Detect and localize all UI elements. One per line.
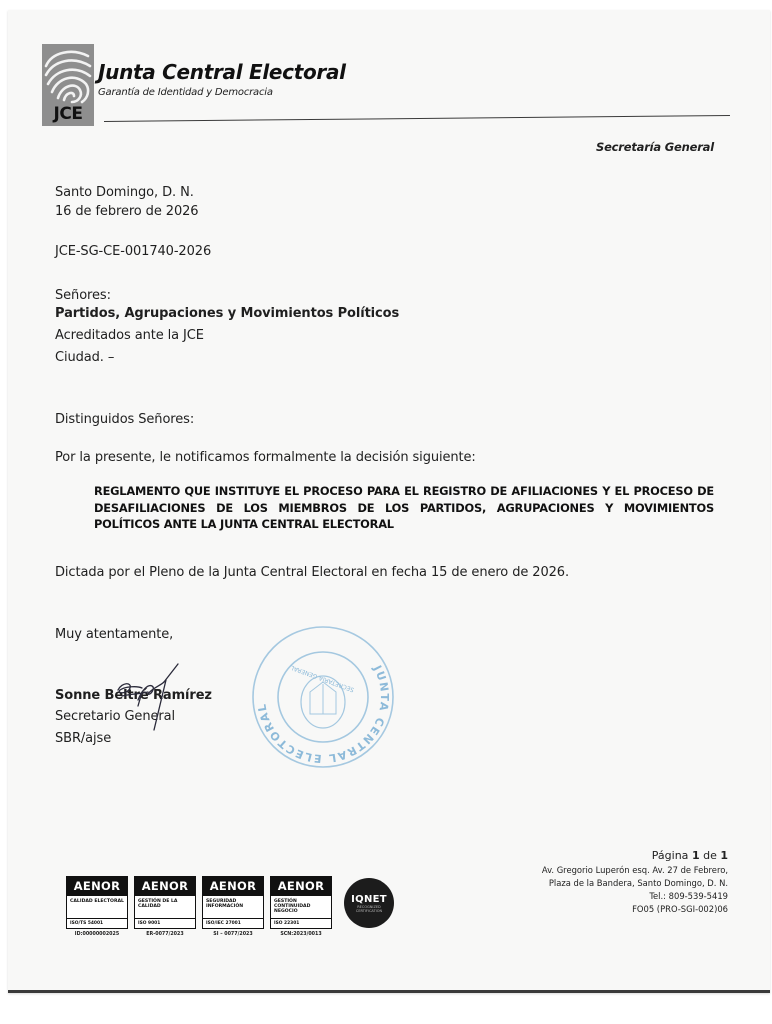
iqnet-sub: RECOGNIZED CERTIFICATION [344, 905, 394, 913]
cert-badge: AENOR GESTIÓN DE LA CALIDAD ISO 9001 ER-… [134, 876, 196, 937]
letter-date: 16 de febrero de 2026 [55, 204, 198, 219]
iqnet-logo: IQNET RECOGNIZED CERTIFICATION [344, 878, 394, 928]
cert-id: ER-0077/2023 [134, 932, 196, 937]
address-line-1: Av. Gregorio Luperón esq. Av. 27 de Febr… [542, 864, 728, 877]
cert-id: SCN:2023/0013 [270, 932, 332, 937]
department-label: Secretaría General [596, 140, 714, 154]
footer-contact: Página 1 de 1 Av. Gregorio Luperón esq. … [542, 849, 728, 916]
cert-brand: AENOR [67, 877, 127, 896]
cert-label: GESTIÓN DE LA CALIDAD [135, 896, 195, 919]
cert-standard: ISO 22301 [271, 919, 331, 928]
header-divider [104, 115, 730, 122]
letter-dictated: Dictada por el Pleno de la Junta Central… [55, 565, 569, 580]
jce-logo: JCE [42, 44, 94, 126]
cert-id: SI – 0077/2023 [202, 932, 264, 937]
cert-brand: AENOR [271, 877, 331, 896]
certification-badges: AENOR CALIDAD ELECTORAL ISO/TS 54001 ID:… [66, 876, 394, 937]
addressee-city: Ciudad. – [55, 350, 114, 365]
letter-greeting: Distinguidos Señores: [55, 412, 194, 427]
cert-brand: AENOR [203, 877, 263, 896]
cert-badge: AENOR SEGURIDAD INFORMACIÓN ISO/IEC 2700… [202, 876, 264, 937]
decision-subject: REGLAMENTO QUE INSTITUYE EL PROCESO PARA… [94, 483, 714, 533]
cert-badge: AENOR GESTIÓN CONTINUIDAD NEGOCIO ISO 22… [270, 876, 332, 937]
svg-text:JUNTA CENTRAL ELECTORAL: JUNTA CENTRAL ELECTORAL [250, 639, 398, 772]
page-number: Página 1 de 1 [542, 849, 728, 862]
cert-badge: AENOR CALIDAD ELECTORAL ISO/TS 54001 ID:… [66, 876, 128, 937]
cert-label: SEGURIDAD INFORMACIÓN [203, 896, 263, 919]
address-line-2: Plaza de la Bandera, Santo Domingo, D. N… [542, 877, 728, 890]
cert-standard: ISO 9001 [135, 919, 195, 928]
phone: Tel.: 809-539-5419 [542, 890, 728, 903]
cert-brand: AENOR [135, 877, 195, 896]
cert-standard: ISO/TS 54001 [67, 919, 127, 928]
organization-name: Junta Central Electoral [98, 60, 346, 84]
logo-text: JCE [42, 104, 94, 124]
cert-standard: ISO/IEC 27001 [203, 919, 263, 928]
form-code: FO05 (PRO-SGI-002)06 [542, 903, 728, 916]
addressee-recipient: Partidos, Agrupaciones y Movimientos Pol… [55, 306, 399, 321]
addressee-accredited: Acreditados ante la JCE [55, 328, 204, 343]
handwritten-signature [108, 660, 198, 740]
letter-intro: Por la presente, le notificamos formalme… [55, 450, 476, 465]
letter-place: Santo Domingo, D. N. [55, 185, 194, 200]
letter-reference: JCE-SG-CE-001740-2026 [55, 244, 211, 259]
signer-initials: SBR/ajse [55, 731, 111, 746]
addressee-salutation: Señores: [55, 288, 111, 303]
document-page: JCE Junta Central Electoral Garantía de … [8, 10, 770, 993]
cert-label: GESTIÓN CONTINUIDAD NEGOCIO [271, 896, 331, 919]
cert-id: ID:00000002025 [66, 932, 128, 937]
svg-text:SECRETARÍA GENERAL: SECRETARÍA GENERAL [289, 663, 355, 693]
letter-closing: Muy atentamente, [55, 627, 173, 642]
iqnet-name: IQNET [351, 894, 387, 905]
cert-label: CALIDAD ELECTORAL [67, 896, 127, 919]
official-seal-stamp: JUNTA CENTRAL ELECTORAL SECRETARÍA GENER… [248, 622, 398, 772]
organization-tagline: Garantía de Identidad y Democracia [98, 87, 273, 98]
